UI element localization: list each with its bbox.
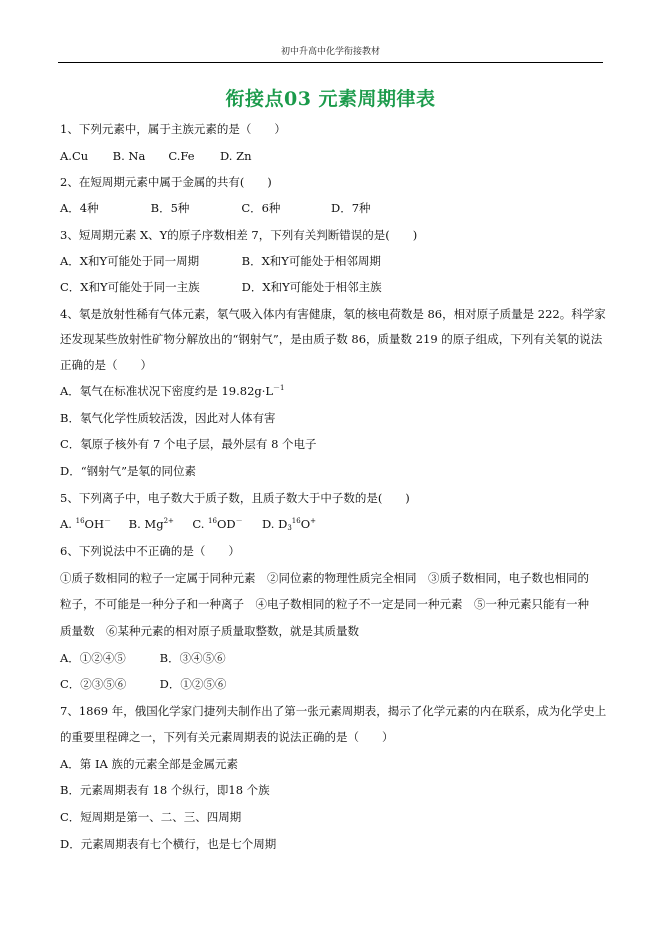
question-6-stem: 6、下列说法中不正确的是（ ） — [60, 544, 240, 558]
q7-option-b: B．元素周期表有 18 个纵行，即18 个族 — [60, 783, 270, 797]
document-title: 衔接点03 元素周期律表 — [0, 84, 661, 111]
q5-option-b: B. Mg2+ — [129, 517, 189, 531]
q3-option-a: A．X和Y可能处于同一周期 — [60, 254, 238, 268]
question-5-options: A. 16OH－ B. Mg2+ C. 16OD－ D. D316O+ — [60, 517, 316, 531]
q4-option-a-exponent: －1 — [273, 384, 284, 392]
q5-option-c: C. 16OD－ — [192, 517, 258, 531]
q6-option-a: A．①②④⑤ — [60, 651, 156, 665]
q4-option-d: D．“钢射气”是氡的同位素 — [60, 464, 196, 478]
q4-option-a: A．氡气在标准状况下密度约是 19.82g·L－1 — [60, 384, 285, 398]
question-5-stem: 5、下列离子中，电子数大于质子数，且质子数大于中子数的是( ) — [60, 491, 410, 505]
question-1-options: A.Cu B. Na C.Fe D. Zn — [60, 149, 252, 163]
q5-option-a: A. 16OH－ — [60, 517, 125, 531]
q2-option-c: C．6种 — [241, 201, 327, 215]
q4-option-b: B．氡气化学性质较活泼，因此对人体有害 — [60, 411, 275, 425]
q2-option-a: A．4种 — [60, 201, 147, 215]
question-3-stem: 3、短周期元素 X、Y的原子序数相差 7，下列有关判断错误的是( ) — [60, 228, 417, 242]
q1-option-a: A.Cu — [60, 149, 109, 163]
q6-option-b: B．③④⑤⑥ — [160, 651, 226, 665]
q4-option-c: C．氡原子核外有 7 个电子层，最外层有 8 个电子 — [60, 437, 317, 451]
q6-option-c: C．②③⑤⑥ — [60, 677, 156, 691]
question-7-stem-line2: 的重要里程碑之一，下列有关元素周期表的说法正确的是（ ） — [60, 730, 394, 744]
header-divider — [58, 62, 603, 63]
question-6-statements-line2: 粒子，不可能是一种分子和一种离子 ④电子数相同的粒子不一定是同一种元素 ⑤一种元… — [60, 597, 589, 611]
question-6-options-row2: C．②③⑤⑥ D．①②⑤⑥ — [60, 677, 226, 691]
question-4-stem-line3: 正确的是（ ） — [60, 358, 152, 372]
q7-option-d: D．元素周期表有七个横行，也是七个周期 — [60, 837, 276, 851]
question-4-stem-line1: 4、氡是放射性稀有气体元素，氡气吸入体内有害健康，氡的核电荷数是 86，相对原子… — [60, 307, 606, 321]
q1-option-d: D. Zn — [220, 149, 252, 163]
question-6-options-row1: A．①②④⑤ B．③④⑤⑥ — [60, 651, 226, 665]
q6-option-d: D．①②⑤⑥ — [160, 677, 227, 691]
q1-option-b: B. Na — [113, 149, 165, 163]
q7-option-a: A．第 IA 族的元素全部是金属元素 — [60, 757, 238, 771]
q5-option-d: D. D316O+ — [262, 517, 316, 531]
q1-option-c: C.Fe — [168, 149, 216, 163]
question-6-statements-line1: ①质子数相同的粒子一定属于同种元素 ②同位素的物理性质完全相同 ③质子数相同，电… — [60, 571, 589, 585]
question-3-options-row2: C．X和Y可能处于同一主族 D．X和Y可能处于相邻主族 — [60, 280, 382, 294]
q2-option-b: B．5种 — [151, 201, 238, 215]
question-2-options: A．4种 B．5种 C．6种 D．7种 — [60, 201, 371, 215]
question-6-statements-line3: 质量数 ⑥某种元素的相对原子质量取整数，就是其质量数 — [60, 624, 359, 638]
q3-option-d: D．X和Y可能处于相邻主族 — [242, 280, 382, 294]
question-2-stem: 2、在短周期元素中属于金属的共有( ) — [60, 175, 272, 189]
q3-option-b: B．X和Y可能处于相邻周期 — [242, 254, 381, 268]
question-3-options-row1: A．X和Y可能处于同一周期 B．X和Y可能处于相邻周期 — [60, 254, 381, 268]
q4-option-a-text: A．氡气在标准状况下密度约是 19.82g·L — [60, 384, 273, 398]
page-header: 初中升高中化学衔接教材 — [58, 44, 603, 57]
question-4-stem-line2: 还发现某些放射性矿物分解放出的“钢射气”，是由质子数 86，质量数 219 的原… — [60, 332, 602, 346]
q7-option-c: C．短周期是第一、二、三、四周期 — [60, 810, 241, 824]
q3-option-c: C．X和Y可能处于同一主族 — [60, 280, 238, 294]
q2-option-d: D．7种 — [331, 201, 371, 215]
question-1-stem: 1、下列元素中，属于主族元素的是（ ） — [60, 122, 286, 136]
question-7-stem-line1: 7、1869 年，俄国化学家门捷列夫制作出了第一张元素周期表，揭示了化学元素的内… — [60, 704, 606, 718]
